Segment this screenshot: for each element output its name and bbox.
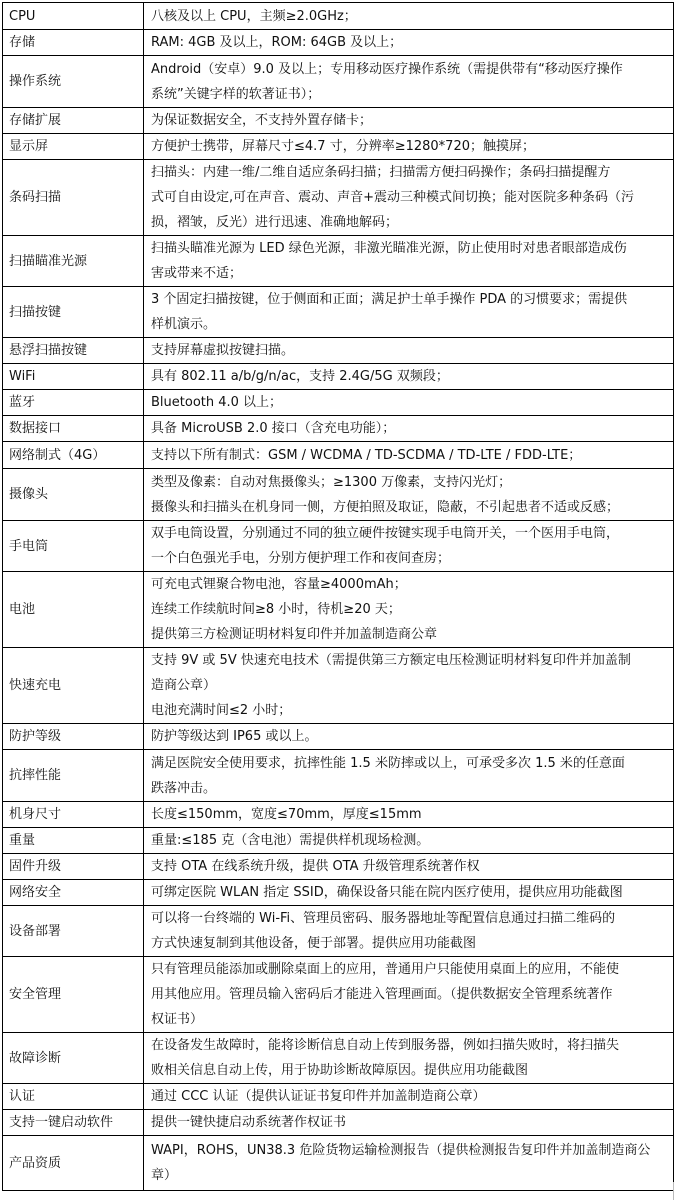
- spec-value-line: 满足医院安全使用要求，抗摔性能 1.5 米防摔或以上，可承受多次 1.5 米的任…: [151, 751, 669, 776]
- spec-value-line: 摄像头和扫描头在机身同一侧，方便拍照及取证，隐蔽，不引起患者不适或反感；: [151, 495, 669, 520]
- spec-key: 扫描瞄准光源: [3, 236, 144, 287]
- spec-value: 扫描头：内建一维/二维自适应条码扫描；扫描需方便扫码操作；条码扫描提醒方式可自由…: [144, 160, 674, 236]
- spec-value-line: 长度≤150mm，宽度≤70mm，厚度≤15mm: [151, 802, 669, 827]
- spec-value-line: 章）: [151, 1163, 669, 1188]
- spec-key: 存储: [3, 30, 144, 56]
- table-row: 显示屏方便护士携带，屏幕尺寸≤4.7 寸，分辨率≥1280*720；触摸屏；: [3, 134, 674, 160]
- spec-value: 通过 CCC 认证（提供认证证书复印件并加盖制造商公章）: [144, 1084, 674, 1110]
- spec-key: CPU: [3, 3, 144, 30]
- spec-value-line: 可以将一台终端的 Wi-Fi、管理员密码、服务器地址等配置信息通过扫描二维码的: [151, 906, 669, 931]
- spec-value: Android（安卓）9.0 及以上；专用移动医疗操作系统（需提供带有“移动医疗…: [144, 56, 674, 108]
- table-row: 网络制式（4G）支持以下所有制式：GSM / WCDMA / TD-SCDMA …: [3, 442, 674, 469]
- spec-value-line: 损，褶皱，反光）进行迅速、准确地解码；: [151, 210, 669, 235]
- table-row: 故障诊断在设备发生故障时，能将诊断信息自动上传到服务器，例如扫描失败时，将扫描失…: [3, 1033, 674, 1084]
- page-edge-mark: [673, 1182, 674, 1200]
- table-row: 设备部署可以将一台终端的 Wi-Fi、管理员密码、服务器地址等配置信息通过扫描二…: [3, 906, 674, 957]
- table-row: 扫描按键3 个固定扫描按键，位于侧面和正面；满足护士单手操作 PDA 的习惯要求…: [3, 287, 674, 338]
- spec-value-line: 只有管理员能添加或删除桌面上的应用，普通用户只能使用桌面上的应用，不能使: [151, 957, 669, 982]
- spec-value-line: Bluetooth 4.0 以上；: [151, 390, 669, 415]
- spec-key: 故障诊断: [3, 1033, 144, 1084]
- spec-value-line: Android（安卓）9.0 及以上；专用移动医疗操作系统（需提供带有“移动医疗…: [151, 57, 669, 82]
- spec-value: 可以将一台终端的 Wi-Fi、管理员密码、服务器地址等配置信息通过扫描二维码的方…: [144, 906, 674, 957]
- spec-value-line: 双手电筒设置，分别通过不同的独立硬件按键实现手电筒开关，一个医用手电筒，: [151, 521, 669, 546]
- spec-value: Bluetooth 4.0 以上；: [144, 390, 674, 416]
- table-row: 防护等级防护等级达到 IP65 或以上。: [3, 724, 674, 750]
- spec-value: 支持屏幕虚拟按键扫描。: [144, 338, 674, 364]
- spec-key: 数据接口: [3, 416, 144, 442]
- spec-key: 快速充电: [3, 648, 144, 724]
- spec-value: 具备 MicroUSB 2.0 接口（含充电功能）；: [144, 416, 674, 442]
- table-row: 存储扩展为保证数据安全，不支持外置存储卡；: [3, 108, 674, 134]
- spec-value-line: 3 个固定扫描按键，位于侧面和正面；满足护士单手操作 PDA 的习惯要求；需提供: [151, 287, 669, 312]
- spec-key: 条码扫描: [3, 160, 144, 236]
- spec-value: 具有 802.11 a/b/g/n/ac，支持 2.4G/5G 双频段；: [144, 364, 674, 390]
- spec-key: 扫描按键: [3, 287, 144, 338]
- spec-value-line: 造商公章）: [151, 673, 669, 698]
- spec-value-line: 连续工作续航时间≥8 小时，待机≥20 天；: [151, 597, 669, 622]
- spec-value-line: 支持以下所有制式：GSM / WCDMA / TD-SCDMA / TD-LTE…: [151, 443, 669, 468]
- spec-key: 重量: [3, 828, 144, 854]
- spec-key: 手电筒: [3, 521, 144, 572]
- spec-value: 3 个固定扫描按键，位于侧面和正面；满足护士单手操作 PDA 的习惯要求；需提供…: [144, 287, 674, 338]
- spec-key: 机身尺寸: [3, 802, 144, 828]
- spec-value: 提供一键快捷启动系统著作权证书: [144, 1110, 674, 1136]
- spec-value-line: 防护等级达到 IP65 或以上。: [151, 724, 669, 749]
- spec-value-line: 具备 MicroUSB 2.0 接口（含充电功能）；: [151, 416, 669, 441]
- spec-value: 双手电筒设置，分别通过不同的独立硬件按键实现手电筒开关，一个医用手电筒，一个白色…: [144, 521, 674, 572]
- spec-value-line: 在设备发生故障时，能将诊断信息自动上传到服务器，例如扫描失败时，将扫描失: [151, 1033, 669, 1058]
- table-row: 产品资质WAPI，ROHS，UN38.3 危险货物运输检测报告（提供检测报告复印…: [3, 1136, 674, 1191]
- spec-value-line: 跌落冲击。: [151, 776, 669, 801]
- spec-key: 显示屏: [3, 134, 144, 160]
- spec-value: 可充电式锂聚合物电池，容量≥4000mAh；连续工作续航时间≥8 小时，待机≥2…: [144, 572, 674, 648]
- spec-key: 存储扩展: [3, 108, 144, 134]
- spec-value-line: 权证书）: [151, 1007, 669, 1032]
- spec-value: 类型及像素：自动对焦摄像头；≥1300 万像素，支持闪光灯；摄像头和扫描头在机身…: [144, 469, 674, 521]
- table-row: 存储RAM: 4GB 及以上，ROM: 64GB 及以上；: [3, 30, 674, 56]
- spec-value-line: 提供第三方检测证明材料复印件并加盖制造商公章: [151, 622, 669, 647]
- spec-value: 在设备发生故障时，能将诊断信息自动上传到服务器，例如扫描失败时，将扫描失败相关信…: [144, 1033, 674, 1084]
- spec-key: 悬浮扫描按键: [3, 338, 144, 364]
- spec-value: 满足医院安全使用要求，抗摔性能 1.5 米防摔或以上，可承受多次 1.5 米的任…: [144, 750, 674, 802]
- table-row: 数据接口具备 MicroUSB 2.0 接口（含充电功能）；: [3, 416, 674, 442]
- spec-value-line: 害或带来不适；: [151, 261, 669, 286]
- spec-value-line: 通过 CCC 认证（提供认证证书复印件并加盖制造商公章）: [151, 1084, 669, 1109]
- spec-value-line: 八核及以上 CPU，主频≥2.0GHz；: [151, 4, 669, 29]
- spec-value-line: 支持屏幕虚拟按键扫描。: [151, 338, 669, 363]
- spec-value: 支持 OTA 在线系统升级，提供 OTA 升级管理系统著作权: [144, 854, 674, 880]
- spec-key: 摄像头: [3, 469, 144, 521]
- spec-value: 方便护士携带，屏幕尺寸≤4.7 寸，分辨率≥1280*720；触摸屏；: [144, 134, 674, 160]
- spec-key: 支持一键启动软件: [3, 1110, 144, 1136]
- table-row: 固件升级支持 OTA 在线系统升级，提供 OTA 升级管理系统著作权: [3, 854, 674, 880]
- spec-key: 蓝牙: [3, 390, 144, 416]
- spec-value-line: 方便护士携带，屏幕尺寸≤4.7 寸，分辨率≥1280*720；触摸屏；: [151, 134, 669, 159]
- table-row: 支持一键启动软件提供一键快捷启动系统著作权证书: [3, 1110, 674, 1136]
- spec-value: 长度≤150mm，宽度≤70mm，厚度≤15mm: [144, 802, 674, 828]
- spec-key: 网络安全: [3, 880, 144, 906]
- spec-value-line: 重量:≤185 克（含电池）需提供样机现场检测。: [151, 828, 669, 853]
- spec-table-body: CPU八核及以上 CPU，主频≥2.0GHz；存储RAM: 4GB 及以上，RO…: [3, 3, 674, 1191]
- spec-key: 产品资质: [3, 1136, 144, 1191]
- spec-value: 支持以下所有制式：GSM / WCDMA / TD-SCDMA / TD-LTE…: [144, 442, 674, 469]
- spec-value-line: 支持 9V 或 5V 快速充电技术（需提供第三方额定电压检测证明材料复印件并加盖…: [151, 648, 669, 673]
- spec-value-line: 类型及像素：自动对焦摄像头；≥1300 万像素，支持闪光灯；: [151, 470, 669, 495]
- spec-value: 为保证数据安全，不支持外置存储卡；: [144, 108, 674, 134]
- spec-key: 认证: [3, 1084, 144, 1110]
- spec-key: 网络制式（4G）: [3, 442, 144, 469]
- table-row: 蓝牙Bluetooth 4.0 以上；: [3, 390, 674, 416]
- spec-value-line: 可充电式锂聚合物电池，容量≥4000mAh；: [151, 572, 669, 597]
- spec-value-line: 可绑定医院 WLAN 指定 SSID，确保设备只能在院内医疗使用，提供应用功能截…: [151, 880, 669, 905]
- spec-value: 重量:≤185 克（含电池）需提供样机现场检测。: [144, 828, 674, 854]
- table-row: 重量重量:≤185 克（含电池）需提供样机现场检测。: [3, 828, 674, 854]
- spec-value-line: 系统”关键字样的软著证书）；: [151, 82, 669, 107]
- table-row: 悬浮扫描按键支持屏幕虚拟按键扫描。: [3, 338, 674, 364]
- spec-key: 抗摔性能: [3, 750, 144, 802]
- spec-value-line: RAM: 4GB 及以上，ROM: 64GB 及以上；: [151, 30, 669, 55]
- spec-value: 支持 9V 或 5V 快速充电技术（需提供第三方额定电压检测证明材料复印件并加盖…: [144, 648, 674, 724]
- spec-value-line: 方式快速复制到其他设备，便于部署。提供应用功能截图: [151, 931, 669, 956]
- spec-value: WAPI，ROHS，UN38.3 危险货物运输检测报告（提供检测报告复印件并加盖…: [144, 1136, 674, 1191]
- spec-key: 操作系统: [3, 56, 144, 108]
- table-row: 摄像头类型及像素：自动对焦摄像头；≥1300 万像素，支持闪光灯；摄像头和扫描头…: [3, 469, 674, 521]
- spec-value: 防护等级达到 IP65 或以上。: [144, 724, 674, 750]
- spec-value-line: 支持 OTA 在线系统升级，提供 OTA 升级管理系统著作权: [151, 854, 669, 879]
- spec-value: 可绑定医院 WLAN 指定 SSID，确保设备只能在院内医疗使用，提供应用功能截…: [144, 880, 674, 906]
- spec-value-line: 电池充满时间≤2 小时；: [151, 698, 669, 723]
- table-row: 网络安全可绑定医院 WLAN 指定 SSID，确保设备只能在院内医疗使用，提供应…: [3, 880, 674, 906]
- spec-value-line: 样机演示。: [151, 312, 669, 337]
- spec-value-line: 用其他应用。管理员输入密码后才能进入管理画面。（提供数据安全管理系统著作: [151, 982, 669, 1007]
- table-row: CPU八核及以上 CPU，主频≥2.0GHz；: [3, 3, 674, 30]
- spec-key: WiFi: [3, 364, 144, 390]
- table-row: 电池可充电式锂聚合物电池，容量≥4000mAh；连续工作续航时间≥8 小时，待机…: [3, 572, 674, 648]
- spec-value-line: 扫描头：内建一维/二维自适应条码扫描；扫描需方便扫码操作；条码扫描提醒方: [151, 160, 669, 185]
- spec-value-line: 具有 802.11 a/b/g/n/ac，支持 2.4G/5G 双频段；: [151, 364, 669, 389]
- spec-value: 只有管理员能添加或删除桌面上的应用，普通用户只能使用桌面上的应用，不能使用其他应…: [144, 957, 674, 1033]
- spec-key: 防护等级: [3, 724, 144, 750]
- table-row: 抗摔性能满足医院安全使用要求，抗摔性能 1.5 米防摔或以上，可承受多次 1.5…: [3, 750, 674, 802]
- table-row: 机身尺寸长度≤150mm，宽度≤70mm，厚度≤15mm: [3, 802, 674, 828]
- spec-value-line: 败相关信息自动上传，用于协助诊断故障原因。提供应用功能截图: [151, 1058, 669, 1083]
- spec-value-line: 一个白色强光手电，分别方便护理工作和夜间查房；: [151, 546, 669, 571]
- spec-key: 电池: [3, 572, 144, 648]
- spec-value-line: WAPI，ROHS，UN38.3 危险货物运输检测报告（提供检测报告复印件并加盖…: [151, 1138, 669, 1163]
- spec-key: 设备部署: [3, 906, 144, 957]
- table-row: 条码扫描扫描头：内建一维/二维自适应条码扫描；扫描需方便扫码操作；条码扫描提醒方…: [3, 160, 674, 236]
- spec-value: 扫描头瞄准光源为 LED 绿色光源，非激光瞄准光源，防止使用时对患者眼部造成伤害…: [144, 236, 674, 287]
- spec-table: CPU八核及以上 CPU，主频≥2.0GHz；存储RAM: 4GB 及以上，RO…: [2, 2, 674, 1191]
- table-row: 扫描瞄准光源扫描头瞄准光源为 LED 绿色光源，非激光瞄准光源，防止使用时对患者…: [3, 236, 674, 287]
- spec-value-line: 提供一键快捷启动系统著作权证书: [151, 1110, 669, 1135]
- table-row: 操作系统Android（安卓）9.0 及以上；专用移动医疗操作系统（需提供带有“…: [3, 56, 674, 108]
- spec-key: 固件升级: [3, 854, 144, 880]
- spec-key: 安全管理: [3, 957, 144, 1033]
- spec-value: 八核及以上 CPU，主频≥2.0GHz；: [144, 3, 674, 30]
- table-row: 安全管理只有管理员能添加或删除桌面上的应用，普通用户只能使用桌面上的应用，不能使…: [3, 957, 674, 1033]
- spec-value-line: 式可自由设定,可在声音、震动、声音+震动三种模式间切换；能对医院多种条码（污: [151, 185, 669, 210]
- table-row: 手电筒双手电筒设置，分别通过不同的独立硬件按键实现手电筒开关，一个医用手电筒，一…: [3, 521, 674, 572]
- spec-value: RAM: 4GB 及以上，ROM: 64GB 及以上；: [144, 30, 674, 56]
- table-row: 认证通过 CCC 认证（提供认证证书复印件并加盖制造商公章）: [3, 1084, 674, 1110]
- table-row: 快速充电支持 9V 或 5V 快速充电技术（需提供第三方额定电压检测证明材料复印…: [3, 648, 674, 724]
- table-row: WiFi具有 802.11 a/b/g/n/ac，支持 2.4G/5G 双频段；: [3, 364, 674, 390]
- spec-value-line: 扫描头瞄准光源为 LED 绿色光源，非激光瞄准光源，防止使用时对患者眼部造成伤: [151, 236, 669, 261]
- spec-value-line: 为保证数据安全，不支持外置存储卡；: [151, 108, 669, 133]
